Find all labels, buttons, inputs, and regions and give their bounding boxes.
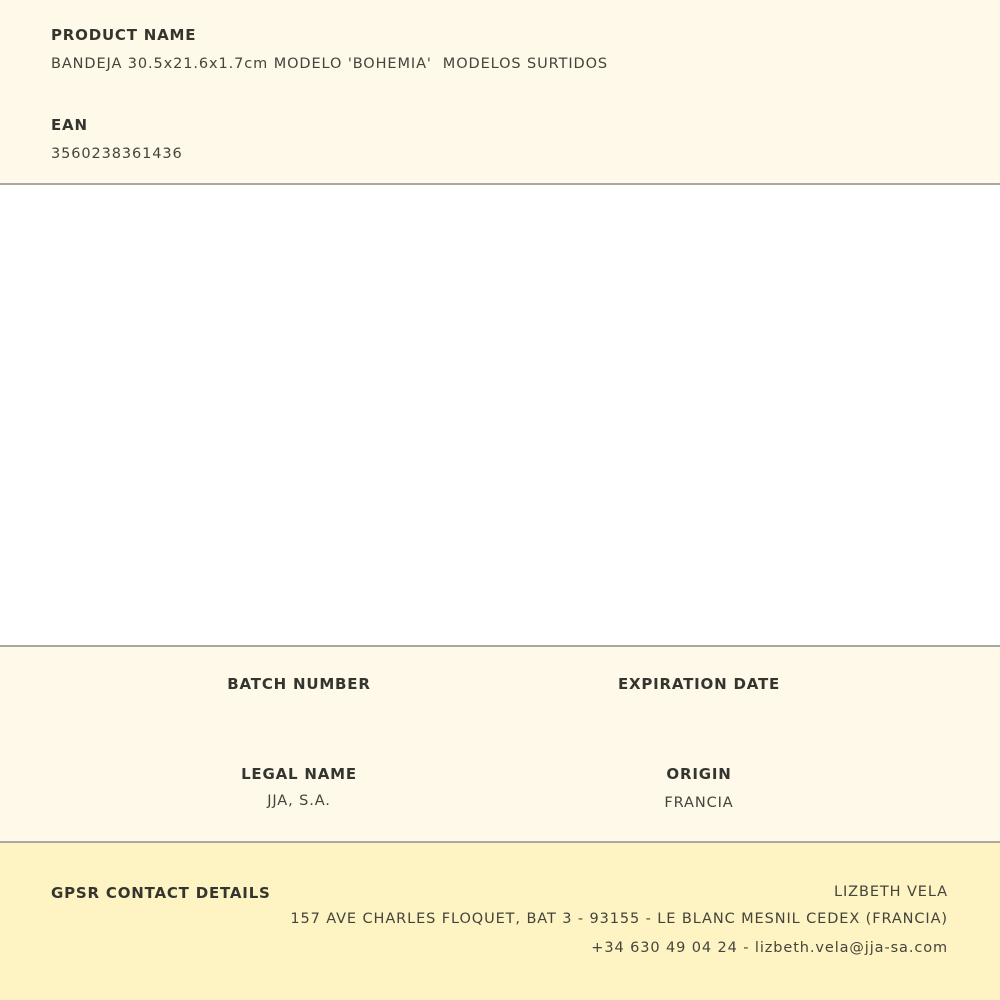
ean-value: 3560238361436	[51, 146, 183, 162]
expiration-date-label: EXPIRATION DATE	[618, 675, 780, 693]
ean-label: EAN	[51, 116, 88, 134]
product-section: PRODUCT NAME BANDEJA 30.5x21.6x1.7cm MOD…	[0, 0, 1000, 185]
blank-area	[0, 187, 1000, 645]
origin-value: FRANCIA	[664, 795, 733, 811]
batch-number-label: BATCH NUMBER	[227, 675, 370, 693]
info-section: BATCH NUMBER EXPIRATION DATE LEGAL NAME …	[0, 645, 1000, 843]
legal-name-value: JJA, S.A.	[267, 793, 331, 809]
contact-phone-email: +34 630 49 04 24 - lizbeth.vela@jja-sa.c…	[591, 940, 948, 956]
contact-name: LIZBETH VELA	[834, 884, 948, 900]
product-name-label: PRODUCT NAME	[51, 26, 196, 44]
gpsr-contact-section: GPSR CONTACT DETAILS LIZBETH VELA 157 AV…	[0, 843, 1000, 1000]
gpsr-contact-label: GPSR CONTACT DETAILS	[51, 884, 271, 902]
contact-address: 157 AVE CHARLES FLOQUET, BAT 3 - 93155 -…	[290, 911, 948, 927]
origin-label: ORIGIN	[666, 765, 731, 783]
legal-name-label: LEGAL NAME	[241, 765, 357, 783]
product-name-value: BANDEJA 30.5x21.6x1.7cm MODELO 'BOHEMIA'…	[51, 56, 608, 72]
